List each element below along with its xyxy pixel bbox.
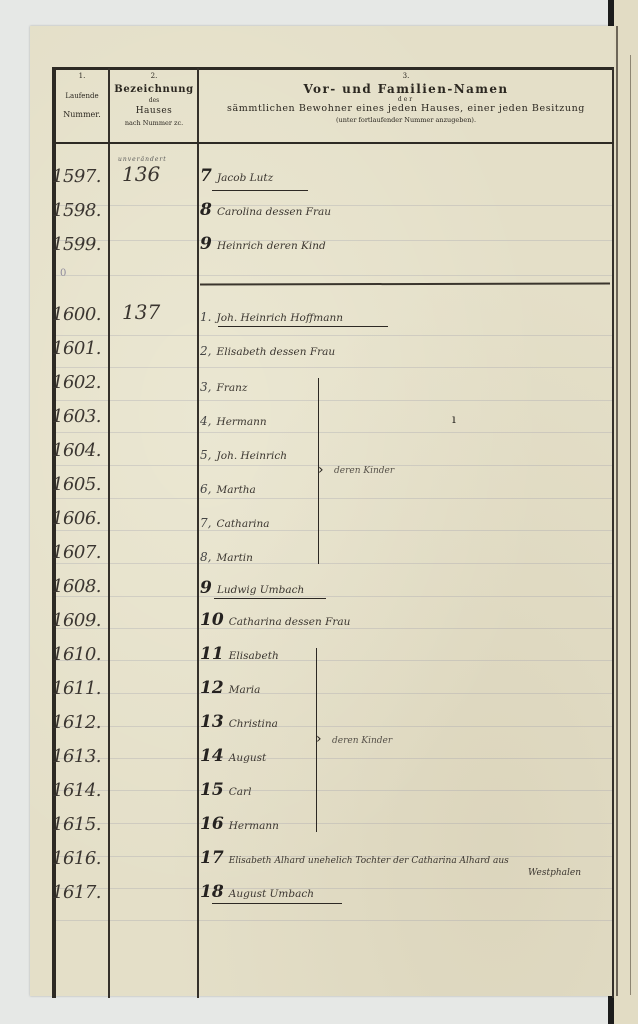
entry: 11 Elisabeth bbox=[200, 644, 279, 664]
brace-point: › bbox=[316, 731, 322, 747]
group-label: deren Kinder bbox=[334, 466, 394, 476]
running-number: 1598. bbox=[52, 200, 116, 221]
margin-mark: 0 bbox=[60, 268, 66, 279]
running-number: 1616. bbox=[52, 848, 116, 869]
person-name: Christina bbox=[229, 718, 278, 730]
household-index: 13 bbox=[200, 712, 224, 732]
group-label: deren Kinder bbox=[332, 736, 392, 746]
household-index: 2, bbox=[200, 344, 211, 358]
entry: 15 Carl bbox=[200, 780, 251, 800]
person-name: Martha bbox=[217, 484, 256, 496]
house-number: 136 bbox=[122, 162, 160, 186]
entry: 10 Catharina dessen Frau bbox=[200, 610, 350, 630]
column-divider-2 bbox=[197, 68, 199, 998]
entry: 8, Martin bbox=[200, 546, 253, 565]
head-underline bbox=[214, 598, 326, 599]
person-name: Elisabeth bbox=[229, 650, 279, 662]
entry: 5, Joh. Heinrich bbox=[200, 444, 287, 463]
running-number: 1608. bbox=[52, 576, 116, 597]
household-index: 9 bbox=[200, 578, 212, 598]
col3-note: (unter fortlaufender Nummer anzugeben). bbox=[200, 116, 612, 124]
person-name: Ludwig Umbach bbox=[217, 584, 304, 596]
person-name: Elisabeth Alhard unehelich Tochter der C… bbox=[229, 856, 509, 866]
running-number: 1610. bbox=[52, 644, 116, 665]
running-number: 1601. bbox=[52, 338, 116, 359]
household-index: 10 bbox=[200, 610, 224, 630]
entry: 7, Catharina bbox=[200, 512, 269, 531]
house-number: 137 bbox=[122, 300, 160, 324]
household-index: 4, bbox=[200, 414, 211, 428]
household-index: 9 bbox=[200, 234, 212, 254]
entry: 18 August Umbach bbox=[200, 882, 314, 902]
person-name: Maria bbox=[229, 684, 261, 696]
household-index: 18 bbox=[200, 882, 224, 902]
running-number: 1615. bbox=[52, 814, 116, 835]
head-underline bbox=[212, 903, 342, 904]
household-index: 17 bbox=[200, 848, 224, 868]
running-number: 1597. bbox=[52, 166, 116, 187]
col1-label-1: Laufende bbox=[56, 92, 108, 100]
person-name: August Umbach bbox=[229, 888, 314, 900]
col2-label-2: des bbox=[110, 97, 198, 104]
running-number: 1617. bbox=[52, 882, 116, 903]
household-index: 5, bbox=[200, 448, 211, 462]
next-page-rule bbox=[630, 55, 631, 995]
running-number: 1606. bbox=[52, 508, 116, 529]
entry: 9 Heinrich deren Kind bbox=[200, 234, 326, 254]
running-number: 1605. bbox=[52, 474, 116, 495]
col2-label-4: nach Nummer zc. bbox=[110, 119, 198, 127]
col3-title: Vor- und Familien-Namen bbox=[200, 82, 612, 96]
person-name: Elisabeth dessen Frau bbox=[217, 346, 336, 358]
running-number: 1604. bbox=[52, 440, 116, 461]
header-col-running-number: 1. Laufende Nummer. bbox=[56, 72, 108, 119]
person-name: Catharina dessen Frau bbox=[229, 616, 351, 628]
entry: 9 Ludwig Umbach bbox=[200, 578, 304, 598]
person-name: Hermann bbox=[217, 416, 267, 428]
entry: 14 August bbox=[200, 746, 266, 766]
household-index: 7 bbox=[200, 166, 212, 186]
person-name: Joh. Heinrich bbox=[217, 450, 287, 462]
ink-mark: ı bbox=[452, 412, 456, 426]
col2-label-3: Hauses bbox=[110, 106, 198, 116]
household-index: 14 bbox=[200, 746, 224, 766]
person-name: Catharina bbox=[217, 518, 270, 530]
running-number: 1600. bbox=[52, 304, 116, 325]
household-index: 6, bbox=[200, 482, 211, 496]
table-right-border bbox=[612, 68, 614, 998]
household-index: 1. bbox=[200, 310, 211, 324]
person-name: Jacob Lutz bbox=[217, 172, 273, 184]
head-underline bbox=[212, 190, 308, 191]
header-bottom-rule bbox=[52, 142, 614, 144]
person-name: Carolina dessen Frau bbox=[217, 206, 331, 218]
person-name: Carl bbox=[229, 786, 252, 798]
person-name: Heinrich deren Kind bbox=[217, 240, 326, 252]
entry: 7 Jacob Lutz bbox=[200, 166, 273, 186]
household-index: 3, bbox=[200, 380, 211, 394]
col2-label-1: Bezeichnung bbox=[110, 84, 198, 95]
header-col-house: 2. Bezeichnung des Hauses nach Nummer zc… bbox=[110, 72, 198, 127]
running-number: 1603. bbox=[52, 406, 116, 427]
col3-number: 3. bbox=[200, 72, 612, 80]
person-name: August bbox=[229, 752, 266, 764]
person-name: Joh. Heinrich Hoffmann bbox=[217, 312, 343, 324]
entry: 2, Elisabeth dessen Frau bbox=[200, 340, 335, 359]
entry: 13 Christina bbox=[200, 712, 278, 732]
col3-subtitle: sämmtlichen Bewohner eines jeden Hauses,… bbox=[200, 103, 612, 114]
spine-fold bbox=[616, 26, 618, 996]
running-number: 1607. bbox=[52, 542, 116, 563]
running-number: 1599. bbox=[52, 234, 116, 255]
entry: 3, Franz bbox=[200, 376, 247, 395]
col3-der: der bbox=[200, 96, 612, 103]
household-index: 12 bbox=[200, 678, 224, 698]
entry: 1. Joh. Heinrich Hoffmann bbox=[200, 306, 343, 325]
running-number: 1614. bbox=[52, 780, 116, 801]
entry: 6, Martha bbox=[200, 478, 256, 497]
brace-point: › bbox=[318, 462, 324, 478]
entry: 12 Maria bbox=[200, 678, 260, 698]
running-number: 1613. bbox=[52, 746, 116, 767]
entry: 17 Elisabeth Alhard unehelich Tochter de… bbox=[200, 848, 509, 868]
entry: 4, Hermann bbox=[200, 410, 267, 429]
col1-number: 1. bbox=[56, 72, 108, 80]
entry: 8 Carolina dessen Frau bbox=[200, 200, 331, 220]
household-index: 8, bbox=[200, 550, 211, 564]
running-number: 1609. bbox=[52, 610, 116, 631]
running-number: 1602. bbox=[52, 372, 116, 393]
household-index: 8 bbox=[200, 200, 212, 220]
household-index: 7, bbox=[200, 516, 211, 530]
person-name: Franz bbox=[217, 382, 248, 394]
running-number: 1612. bbox=[52, 712, 116, 733]
person-name-continuation: Westphalen bbox=[528, 868, 581, 878]
col2-number: 2. bbox=[110, 72, 198, 80]
running-number: 1611. bbox=[52, 678, 116, 699]
col1-label-2: Nummer. bbox=[56, 110, 108, 119]
person-name: Hermann bbox=[229, 820, 279, 832]
header-col-names: 3. Vor- und Familien-Namen der sämmtlich… bbox=[200, 72, 612, 124]
entry: 16 Hermann bbox=[200, 814, 279, 834]
household-index: 15 bbox=[200, 780, 224, 800]
person-name: Martin bbox=[217, 552, 253, 564]
household-index: 11 bbox=[200, 644, 224, 664]
table-top-border bbox=[52, 67, 614, 70]
head-underline bbox=[218, 326, 388, 327]
household-index: 16 bbox=[200, 814, 224, 834]
